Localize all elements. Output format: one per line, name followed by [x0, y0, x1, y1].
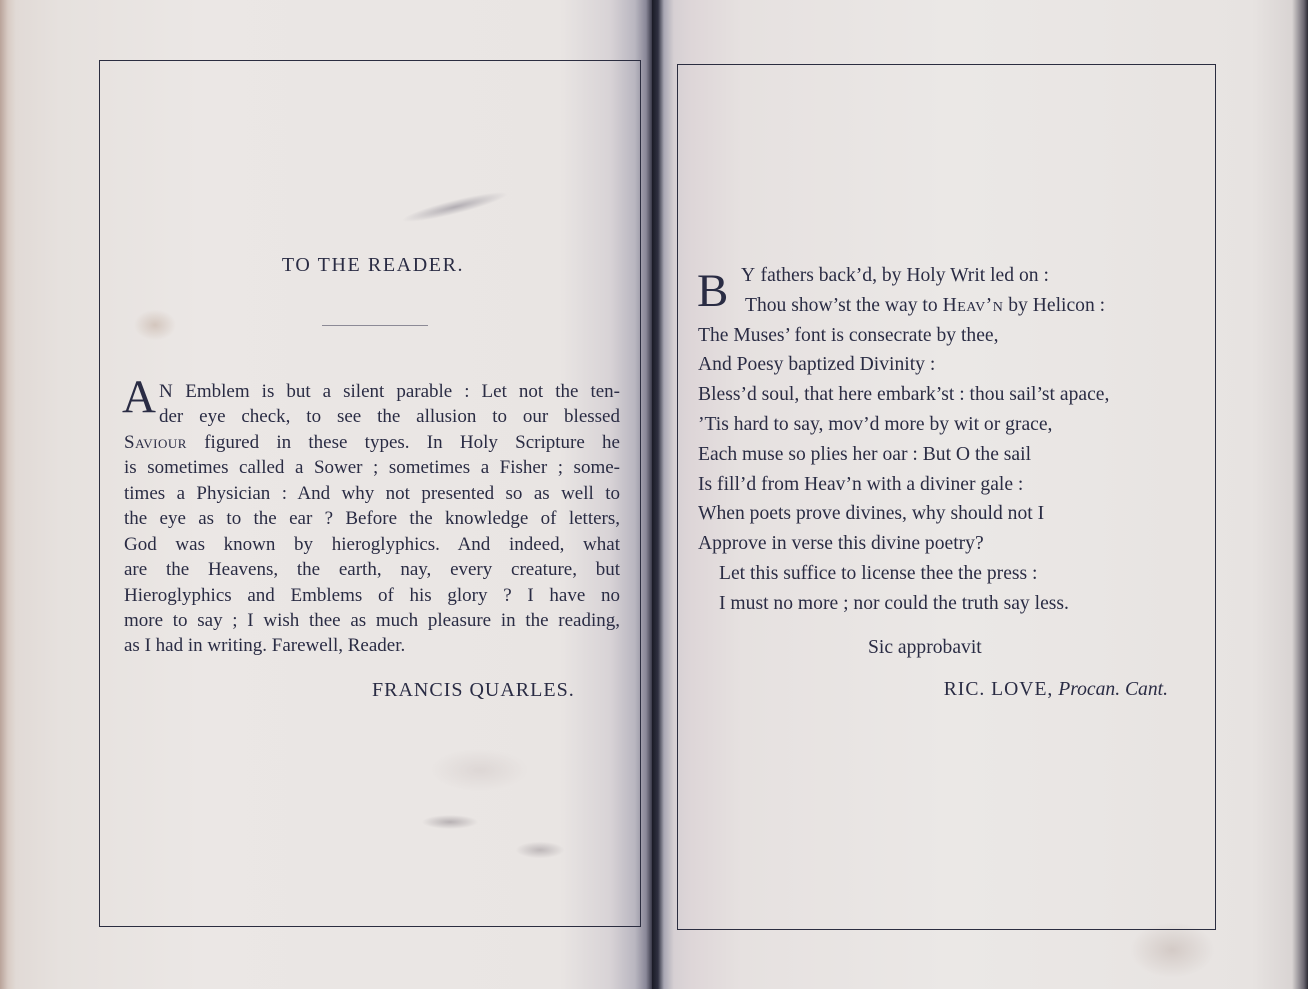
verse-line: Bless’d soul, that here embark’st : thou…	[698, 380, 1173, 410]
text-line: are the Heavens, the earth, nay, every c…	[124, 557, 620, 582]
ornamental-rule	[322, 325, 428, 326]
text-line: as I had in writing. Farewell, Reader.	[124, 633, 620, 658]
verse-line: ’Tis hard to say, mov’d more by wit or g…	[698, 410, 1173, 440]
verse-line: Each muse so plies her oar : But O the s…	[698, 440, 1173, 470]
verse-line: And Poesy baptized Divinity :	[698, 350, 1173, 380]
verse-line: Is fill’d from Heav’n with a diviner gal…	[698, 470, 1173, 500]
text-line: Saviour figured in these types. In Holy …	[124, 430, 620, 455]
text-line: N Emblem is but a silent parable : Let n…	[124, 379, 620, 404]
licenser-signature: RIC. LOVE, Procan. Cant.	[698, 677, 1168, 703]
preface-paragraph: N Emblem is but a silent parable : Let n…	[124, 379, 620, 659]
verse-line: Let this suffice to license thee the pre…	[698, 559, 1173, 589]
text-line: is sometimes called a Sower ; sometimes …	[124, 455, 620, 480]
verse-line: I must no more ; nor could the truth say…	[698, 589, 1173, 619]
text-line: Hieroglyphics and Emblems of his glory ?…	[124, 583, 620, 608]
author-signature: FRANCIS QUARLES.	[372, 677, 575, 703]
verse-line: The Muses’ font is consecrate by thee,	[698, 321, 1173, 351]
verse-line: Approve in verse this divine poetry?	[698, 529, 1173, 559]
small-caps-text: Saviour	[124, 432, 187, 453]
text-line: times a Physician : And why not presente…	[124, 481, 620, 506]
license-poem: Y fathers back’d, by Holy Writ led on : …	[698, 261, 1173, 619]
verse-line: Thou show’st the way to Heav’n by Helico…	[698, 291, 1173, 321]
small-caps-text: N	[159, 381, 173, 402]
text-line: more to say ; I wish thee as much pleasu…	[124, 608, 620, 633]
page-title: TO THE READER.	[120, 252, 626, 278]
small-caps-text: Y	[741, 265, 756, 286]
text-line: God was known by hieroglyphics. And inde…	[124, 532, 620, 557]
small-caps-text: Heav’n	[943, 295, 1004, 316]
text-line: the eye as to the ear ? Before the knowl…	[124, 506, 620, 531]
licenser-title: Procan. Cant.	[1058, 679, 1168, 700]
text-line: der eye check, to see the allusion to ou…	[124, 404, 620, 429]
verse-line: When poets prove divines, why should not…	[698, 499, 1173, 529]
licenser-name: RIC. LOVE,	[944, 679, 1054, 700]
verse-line: Y fathers back’d, by Holy Writ led on :	[698, 261, 1173, 291]
approbation-text: Sic approbavit	[868, 635, 982, 661]
